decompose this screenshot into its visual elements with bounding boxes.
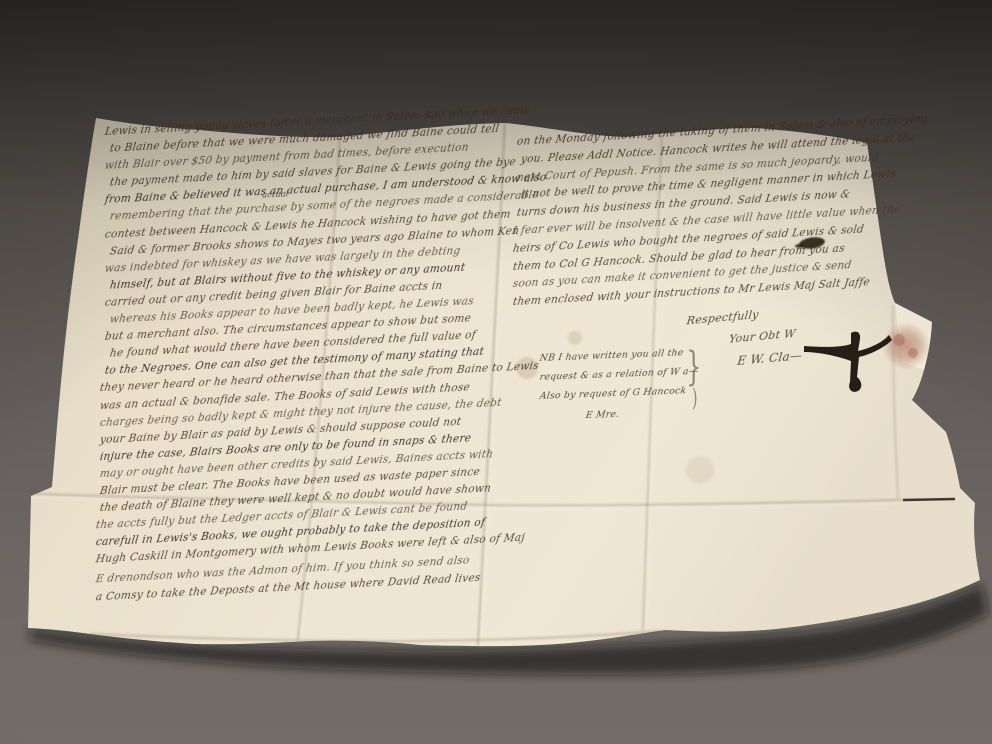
photo-background: Lewis in selling young slaves (after a m… [0,0,992,744]
right-page-text: on the Monday following the taking of th… [518,111,929,312]
left-page-text: Lewis in selling young slaves (after a m… [106,102,548,606]
inserted-word: actual [262,189,289,200]
closing-signature: Respectfully Your Obt W E W. Cla— [688,300,804,376]
note-brace: ) [692,384,698,412]
postscript-note: NB I have written you all the request & … [541,343,700,427]
